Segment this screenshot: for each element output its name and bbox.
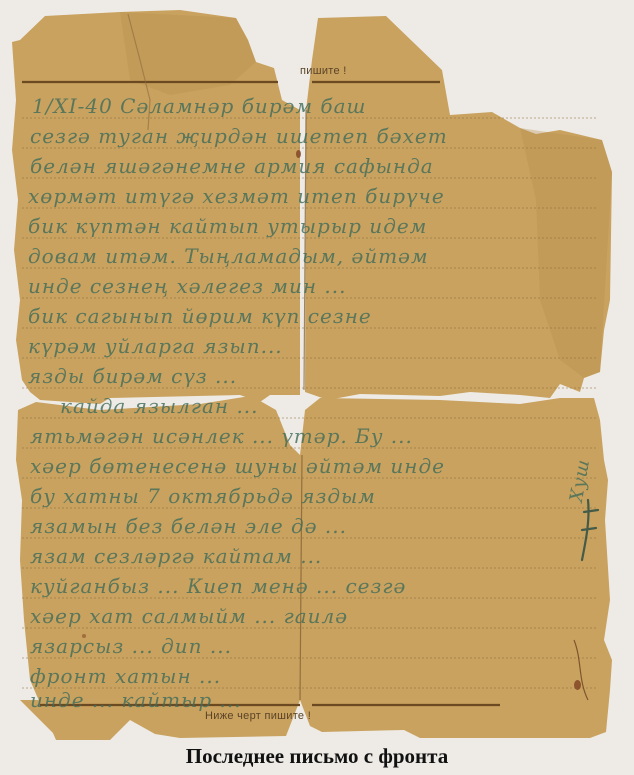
ink-stain bbox=[82, 634, 86, 638]
photo-caption: Последнее письмо с фронта bbox=[0, 744, 634, 769]
letter-photo: пишите ! Ниже черт пишите ! 1/XI-40 Сәла… bbox=[0, 0, 634, 740]
ink-stain bbox=[296, 150, 301, 158]
ink-stain bbox=[574, 680, 581, 690]
printed-header-text: пишите ! bbox=[300, 65, 347, 77]
